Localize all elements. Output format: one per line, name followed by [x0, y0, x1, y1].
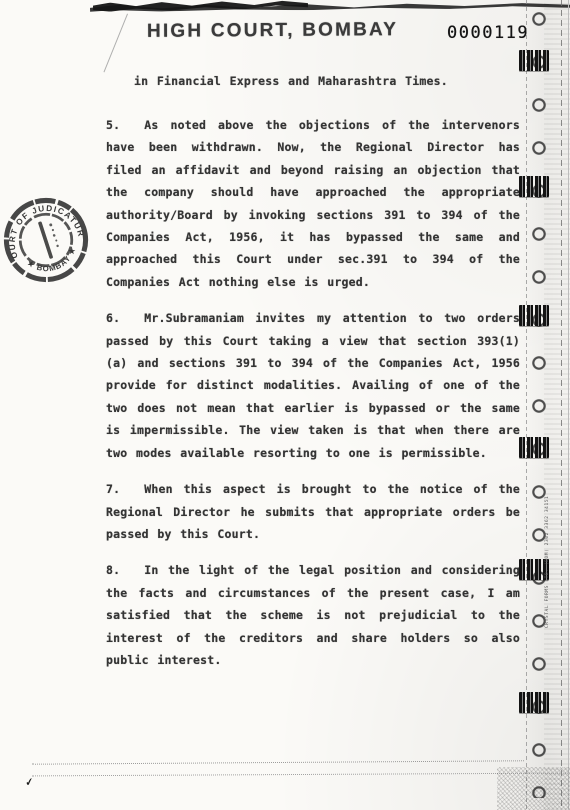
continuation-line: in Financial Express and Maharashtra Tim…	[134, 74, 534, 88]
page-stamp-number: 0000119	[447, 23, 529, 43]
paragraph-number: 5.	[106, 118, 120, 132]
bottom-scan-line-1	[32, 760, 524, 764]
paragraph-text: Mr.Subramaniam invites my attention to t…	[106, 311, 520, 459]
seal-center-dots	[49, 223, 60, 247]
paragraph-text: When this aspect is brought to the notic…	[106, 482, 520, 541]
binding-mark-icon	[519, 176, 549, 197]
paragraph-number: 8.	[106, 563, 120, 577]
scanned-court-order-page: HIGH COURT, BOMBAY 0000119 COURT OF JUDI…	[0, 0, 570, 810]
paragraph-text: In the light of the legal position and c…	[106, 563, 520, 667]
paragraph-number: 7.	[106, 482, 120, 496]
binding-mark-icon	[519, 305, 549, 326]
court-seal-stamp: COURT OF JUDICATURE ★ BOMBAY ★	[0, 190, 92, 290]
binding-mark-icon	[519, 692, 549, 713]
binding-rings-icon	[531, 8, 548, 798]
order-text-block: 5.As noted above the objections of the i…	[106, 114, 520, 685]
paragraph-number: 6.	[106, 311, 120, 325]
seal-center-bar	[38, 221, 53, 259]
page-right-edge	[568, 0, 569, 810]
paragraph-8: 8.In the light of the legal position and…	[106, 559, 520, 671]
crease-line	[103, 14, 128, 73]
perforation-line-left	[526, 0, 527, 810]
corner-scan-noise	[497, 767, 570, 810]
paragraph-5: 5.As noted above the objections of the i…	[106, 114, 520, 293]
perforation-line-right	[561, 0, 562, 810]
paragraph-7: 7.When this aspect is brought to the not…	[106, 478, 520, 545]
stationery-printer-mark: CRYSTAL FORMS LTD. (BOM) 2302 3362 34151	[545, 428, 550, 628]
paragraph-6: 6.Mr.Subramaniam invites my attention to…	[106, 307, 520, 464]
court-header-title: HIGH COURT, BOMBAY	[147, 19, 398, 43]
paragraph-text: As noted above the objections of the int…	[106, 118, 520, 289]
binding-mark-icon	[519, 50, 549, 71]
bottom-scan-line-2	[32, 773, 568, 777]
